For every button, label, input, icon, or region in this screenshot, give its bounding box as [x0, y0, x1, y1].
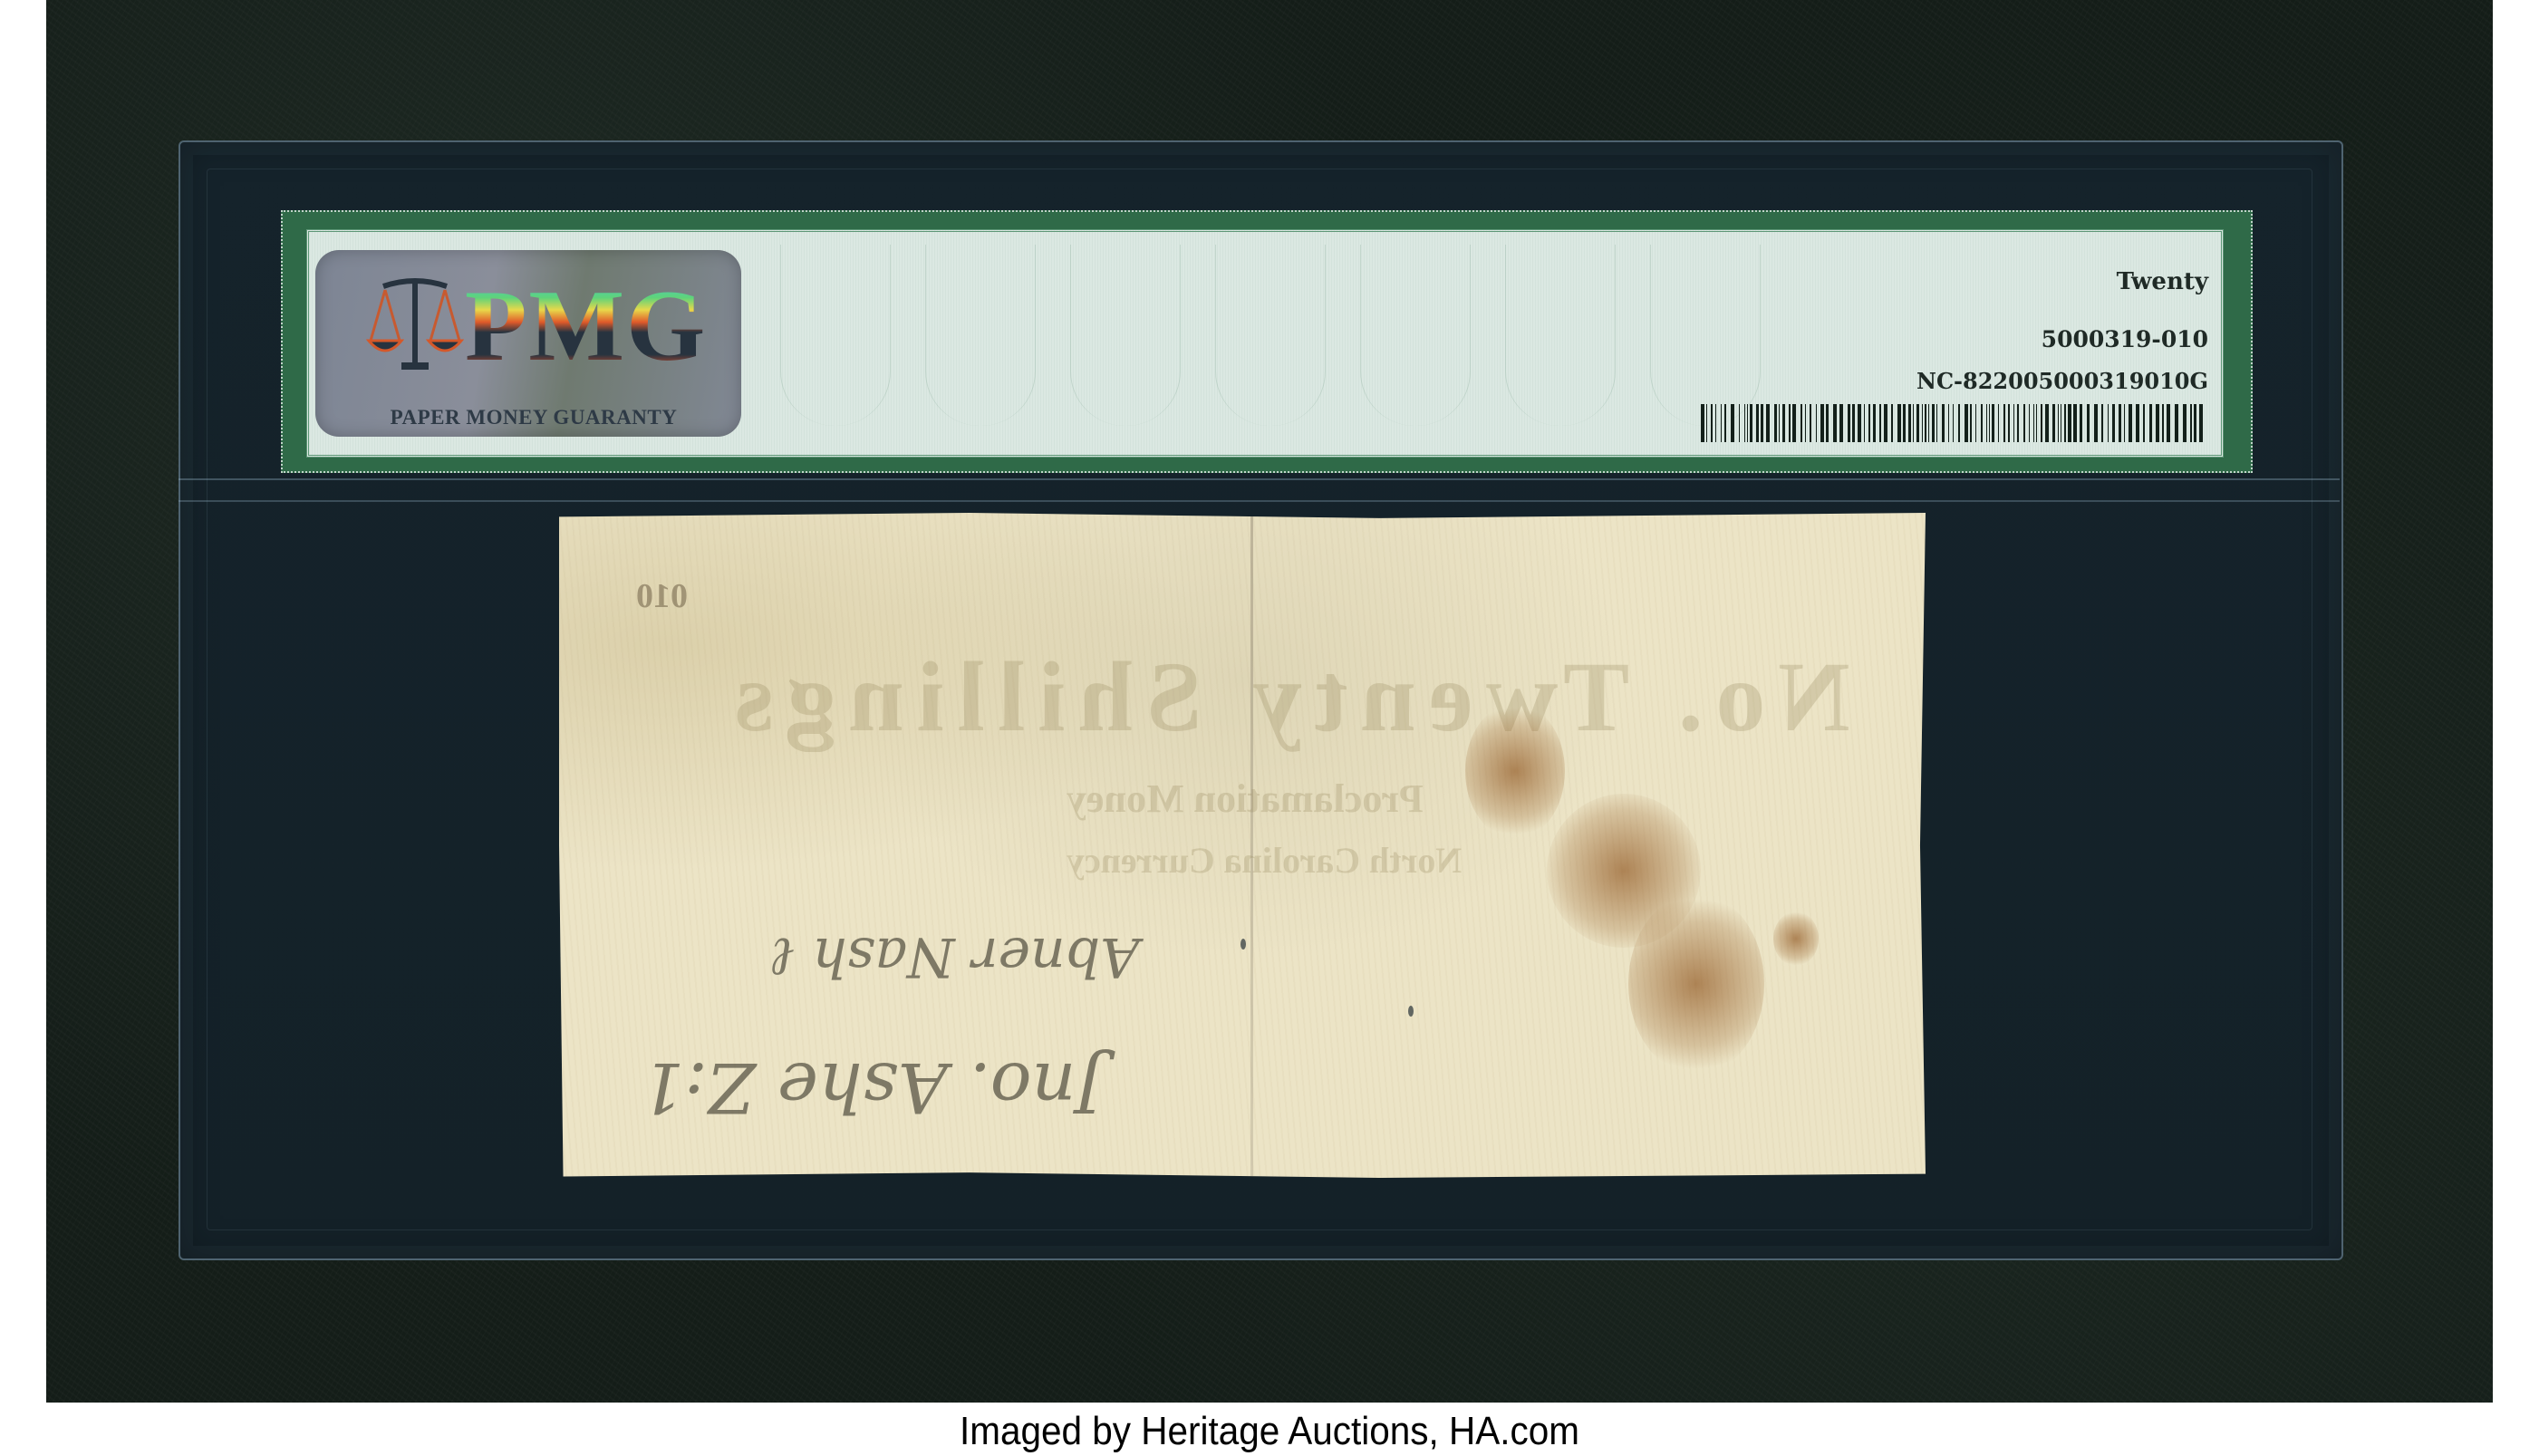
- note-showthrough-text: Proclamation Money: [1067, 776, 1424, 822]
- scales-watermark-icon: [1360, 245, 1471, 426]
- scales-watermark-icon: [1215, 245, 1326, 426]
- image-credit-caption: Imaged by Heritage Auctions, HA.com: [101, 1406, 2438, 1456]
- scales-watermark-icon: [1505, 245, 1616, 426]
- pmg-tagline: PAPER MONEY GUARANTY: [366, 406, 701, 429]
- handwritten-signature: Jno. Ashe Z:1: [641, 1047, 1104, 1128]
- foxing-stain: [1465, 703, 1565, 839]
- foxing-stain: [1628, 893, 1764, 1075]
- note-showthrough-text: No. Twenty Shillings: [722, 640, 1850, 755]
- denomination: Twenty: [2117, 268, 2208, 295]
- note-showthrough-text: North Carolina Currency: [1067, 839, 1462, 882]
- scales-watermark-icon: [780, 245, 891, 426]
- cert-number: 5000319-010: [2042, 326, 2208, 352]
- label-panel: PMG PAPER MONEY GUARANTY Twenty 5000319-…: [306, 229, 2224, 458]
- holder-seam: [179, 478, 2340, 480]
- ink-speck: [1241, 939, 1246, 950]
- note-corner-mark: 010: [636, 576, 688, 616]
- catalog-code: NC-822005000319010G: [1916, 368, 2208, 394]
- handwritten-endorsement: Abner Nash ℓ: [772, 925, 1139, 988]
- scales-of-justice-icon: [365, 277, 465, 377]
- scales-watermark-icon: [925, 245, 1036, 426]
- banknote-reverse: 010 No. Twenty Shillings Proclamation Mo…: [559, 513, 1926, 1178]
- scales-watermark-icon: [1070, 245, 1181, 426]
- scales-watermark-icon: [1650, 245, 1761, 426]
- ink-speck: [1408, 1006, 1414, 1017]
- holder-seam: [179, 500, 2340, 502]
- pmg-hologram: PMG PAPER MONEY GUARANTY: [315, 250, 741, 437]
- pmg-logo: PMG: [465, 275, 707, 377]
- pmg-label: PMG PAPER MONEY GUARANTY Twenty 5000319-…: [281, 210, 2253, 473]
- barcode-icon: [1701, 404, 2208, 442]
- foxing-stain: [1773, 911, 1819, 966]
